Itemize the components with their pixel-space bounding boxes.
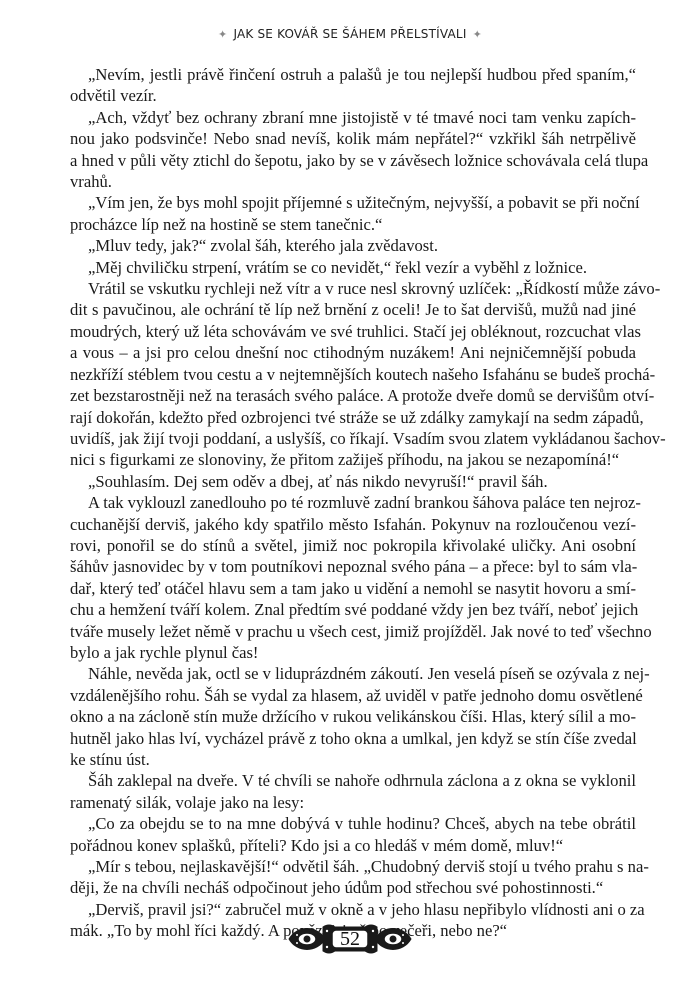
text-line: pořádnou konev splašků, příteli? Kdo jsi… xyxy=(70,835,636,856)
text-line: chu a hemžení tváří kolem. Znal předtím … xyxy=(70,599,636,620)
text-line: „Derviš, pravil jsi?“ zabručel muž v okn… xyxy=(70,899,636,920)
body-text: „Nevím, jestli právě řinčení ostruh a pa… xyxy=(70,64,636,942)
text-line: „Ach, vždyť bez ochrany zbraní mne jisto… xyxy=(70,107,636,128)
text-line: „Souhlasím. Dej sem oděv a dbej, ať nás … xyxy=(70,471,636,492)
text-line: nici s figurkami ze slonoviny, že přitom… xyxy=(70,449,636,470)
page-number-cartouche: 52 xyxy=(287,921,413,957)
text-line: nou jako podsvinče! Nebo snad nevíš, kol… xyxy=(70,128,636,149)
text-line: „Mír s tebou, nejlaskavější!“ odvětil šá… xyxy=(70,856,636,877)
text-line: hutněl jako hlas lví, vycházel právě z t… xyxy=(70,728,636,749)
text-line: A tak vyklouzl zanedlouho po té rozmluvě… xyxy=(70,492,636,513)
text-line: odvětil vezír. xyxy=(70,85,636,106)
text-line: okno a na záclоně stín muže držícího v r… xyxy=(70,706,636,727)
text-line: šáhův jasnovidec by v tom poutníkovi nep… xyxy=(70,556,636,577)
running-head: ✦JAK SE KOVÁŘ SE ŠÁHEM PŘELSTÍVALI✦ xyxy=(0,27,700,41)
text-line: a vous – a jsi pro celou dnešní noc ctih… xyxy=(70,342,636,363)
ornament-right-icon: ✦ xyxy=(473,28,482,41)
ornament-left-icon: ✦ xyxy=(218,28,227,41)
chapter-title: JAK SE KOVÁŘ SE ŠÁHEM PŘELSTÍVALI xyxy=(233,27,466,41)
text-line: Šáh zaklepal na dveře. V té chvíli se na… xyxy=(70,770,636,791)
text-line: ke stínu úst. xyxy=(70,749,636,770)
text-line: uvidíš, jak žijí tvoji poddaní, a uslyší… xyxy=(70,428,636,449)
text-line: moudrých, který už léta schovávám ve své… xyxy=(70,321,636,342)
text-line: ramenatý silák, volaje jako na lesy: xyxy=(70,792,636,813)
text-line: Náhle, nevěda jak, octl se v liduprázdné… xyxy=(70,663,636,684)
text-line: „Mluv tedy, jak?“ zvolal šáh, kterého ja… xyxy=(70,235,636,256)
text-line: rovi, ponořil se do stínů a světel, jimi… xyxy=(70,535,636,556)
text-line: rají dokořán, kdežto před ozbrojenci tvé… xyxy=(70,407,636,428)
text-line: „Nevím, jestli právě řinčení ostruh a pa… xyxy=(70,64,636,85)
text-line: tváře musely ležet němě v prachu u všech… xyxy=(70,621,636,642)
text-line: „Vím jen, že bys mohl spojit příjemné s … xyxy=(70,192,636,213)
text-line: bylo a jak rychle plynul čas! xyxy=(70,642,636,663)
book-page: ✦JAK SE KOVÁŘ SE ŠÁHEM PŘELSTÍVALI✦ „Nev… xyxy=(0,0,700,989)
text-line: vzdálenějšího rohu. Šáh se vydal za hlas… xyxy=(70,685,636,706)
text-line: „Měj chviličku strpení, vrátím se co nev… xyxy=(70,257,636,278)
text-line: dař, který teď otáčel hlavu sem a tam ja… xyxy=(70,578,636,599)
text-line: a hned v půli věty ztichl do šepotu, jak… xyxy=(70,150,636,171)
text-line: Vrátil se vskutku rychleji než vítr a v … xyxy=(70,278,636,299)
text-line: dit s pavučinou, ale ochrání tě líp než … xyxy=(70,299,636,320)
text-line: „Co za obejdu se to na mne dobývá v tuhl… xyxy=(70,813,636,834)
page-number: 52 xyxy=(287,928,413,951)
text-line: cuchanější derviš, jakého kdy spatřilo m… xyxy=(70,514,636,535)
text-line: zet bezstarostněji než na terasách svého… xyxy=(70,385,636,406)
text-line: nezkříží stéblem tvou cestu a v nejtemně… xyxy=(70,364,636,385)
text-line: ději, že na chvíli necháš odpočinout jeh… xyxy=(70,877,636,898)
text-line: procházce líp než na hostině se stem tan… xyxy=(70,214,636,235)
text-line: vrahů. xyxy=(70,171,636,192)
